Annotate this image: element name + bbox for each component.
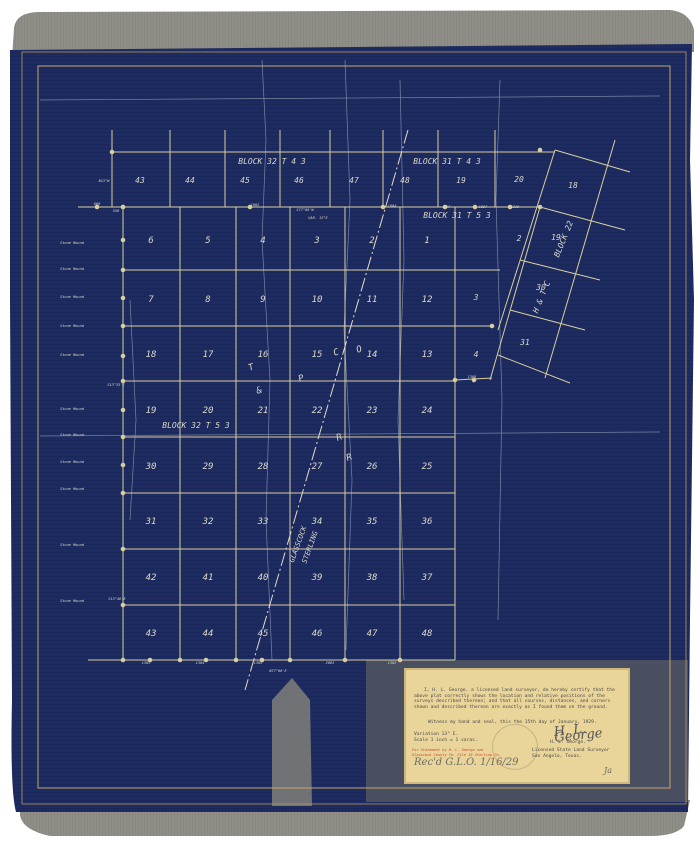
survey-annotation: Stone Mound — [60, 407, 85, 411]
surveyor-name: H. L. George. — [550, 740, 586, 746]
section-number: 26 — [367, 462, 378, 472]
certificate-body: I, H. L. George, a licensed land surveyo… — [414, 688, 620, 710]
clerk-initials: Ja — [604, 768, 612, 774]
survey-annotation: Stone Mound — [60, 295, 85, 299]
section-number: 44 — [203, 629, 214, 639]
section-number: 42 — [146, 573, 157, 583]
survey-annotation: Stone Mound — [60, 599, 85, 603]
section-number: 43 — [146, 629, 157, 639]
section-number: 41 — [203, 573, 214, 583]
section-number: 47 — [367, 629, 378, 639]
survey-annotation: 1002 — [251, 203, 260, 207]
section-number: 28 — [258, 462, 269, 472]
survey-annotation: 1388 — [468, 375, 477, 379]
section-number: 5 — [205, 236, 210, 246]
corner-marker — [538, 205, 542, 209]
section-number: 20 — [514, 175, 524, 184]
section-number: 11 — [367, 295, 378, 305]
section-number: 23 — [367, 406, 378, 416]
corner-marker — [110, 150, 114, 154]
section-number: 46 — [294, 176, 304, 185]
section-number: 4 — [260, 236, 265, 246]
section-number: 30 — [145, 462, 157, 472]
section-number: 45 — [240, 176, 250, 185]
section-number: 25 — [422, 462, 433, 472]
section-number: 16 — [258, 350, 269, 360]
corner-marker — [121, 603, 125, 607]
section-number: 21 — [258, 406, 269, 416]
section-number: 9 — [260, 295, 265, 305]
survey-annotation: 1304 — [196, 661, 205, 665]
section-number: 18 — [568, 181, 578, 190]
section-number: 33 — [257, 517, 269, 527]
section-number: 47 — [349, 176, 359, 185]
survey-annotation: Stone Mound — [60, 433, 85, 437]
corner-marker — [381, 205, 385, 209]
corner-marker — [204, 658, 208, 662]
block-label: BLOCK 31 T 5 3 — [423, 211, 491, 220]
section-number: 19 — [456, 176, 466, 185]
surveyor-city: San Angelo, Texas. — [532, 754, 582, 760]
corner-marker — [121, 354, 125, 358]
section-number: 29 — [203, 462, 214, 472]
section-number: 27 — [312, 462, 323, 472]
section-number: 3 — [313, 236, 319, 246]
corner-marker — [121, 491, 125, 495]
corner-marker — [490, 324, 494, 328]
section-number: 6 — [148, 236, 153, 246]
section-number: 15 — [312, 350, 323, 360]
scale-note: Scale 1 inch = 1 varas. — [414, 738, 478, 744]
corner-marker — [234, 658, 238, 662]
corner-marker — [398, 658, 402, 662]
corner-marker — [121, 268, 125, 272]
section-number: 7 — [148, 295, 154, 305]
survey-annotation: 880 — [94, 202, 101, 206]
survey-annotation: VAR. 13°E — [308, 216, 328, 220]
survey-annotation: S77°00'W — [296, 208, 314, 212]
variation-note: Variation 13° E. — [414, 732, 458, 738]
survey-annotation: 1305 — [254, 661, 263, 665]
section-number: 10 — [312, 295, 323, 305]
section-number: 39 — [311, 573, 323, 583]
section-number: 13 — [422, 350, 433, 360]
survey-annotation: S13°48'E — [108, 597, 126, 601]
section-number: 12 — [422, 295, 433, 305]
section-number: 36 — [421, 517, 433, 527]
section-number: 3 — [473, 293, 479, 302]
received-stamp: Rec'd G.L.O. 1/16/29 — [414, 760, 519, 766]
section-number: 18 — [146, 350, 157, 360]
survey-annotation: Stone Mound — [60, 241, 85, 245]
blueprint-sheet: 6543217891011121817161514131920212223243… — [0, 0, 700, 847]
surveyor-title: Licensed State Land Surveyor — [532, 748, 609, 754]
section-number: 31 — [145, 517, 157, 527]
corner-marker — [121, 547, 125, 551]
section-number: 22 — [312, 406, 323, 416]
corner-marker — [121, 324, 125, 328]
section-number: 17 — [203, 350, 214, 360]
corner-marker — [121, 658, 125, 662]
section-number: 4 — [474, 350, 479, 359]
survey-annotation: N13°W — [98, 179, 111, 183]
corner-marker — [343, 658, 347, 662]
tape-patch-left — [272, 678, 312, 806]
corner-marker — [288, 658, 292, 662]
section-number: 44 — [185, 176, 195, 185]
survey-annotation: 1887 — [479, 205, 488, 209]
section-number: 2 — [369, 236, 374, 246]
survey-annotation: 2863 — [326, 661, 335, 665]
section-number: 38 — [366, 573, 378, 583]
survey-annotation: Stone Mound — [60, 324, 85, 328]
section-number: 45 — [258, 629, 269, 639]
block-label: BLOCK 32 T 4 3 — [238, 157, 306, 166]
survey-annotation: 556 — [113, 209, 120, 213]
survey-annotation: 487 — [444, 205, 451, 209]
survey-annotation: Stone Mound — [60, 487, 85, 491]
survey-annotation: N77°00'E — [268, 669, 287, 673]
red-ink-note: For Statement by H. L. George see Glassc… — [412, 748, 502, 757]
survey-annotation: Stone Mound — [60, 460, 85, 464]
section-number: 48 — [422, 629, 433, 639]
survey-annotation: 1218 — [511, 205, 520, 209]
section-number: 1 — [424, 236, 429, 246]
corner-marker — [178, 658, 182, 662]
section-number: 37 — [421, 573, 433, 583]
survey-annotation: Stone Mound — [60, 543, 85, 547]
corner-marker — [121, 238, 125, 242]
block-label: BLOCK 32 T 5 3 — [162, 421, 230, 430]
section-number: 31 — [519, 338, 530, 347]
corner-marker — [121, 435, 125, 439]
section-number: 20 — [203, 406, 214, 416]
section-number: 32 — [202, 517, 214, 527]
section-number: 14 — [367, 350, 378, 360]
corner-marker — [473, 205, 477, 209]
survey-annotation: 1303 — [142, 661, 151, 665]
section-number: 35 — [366, 517, 378, 527]
section-number: 46 — [312, 629, 323, 639]
section-number: 40 — [258, 573, 269, 583]
corner-marker — [121, 296, 125, 300]
corner-marker — [453, 378, 457, 382]
survey-annotation: 1302 — [388, 661, 397, 665]
corner-marker — [121, 408, 125, 412]
corner-marker — [121, 463, 125, 467]
section-number: 8 — [205, 295, 210, 305]
section-number: 19 — [146, 406, 157, 416]
section-number: 34 — [311, 517, 323, 527]
section-number: 24 — [422, 406, 433, 416]
survey-annotation: 1804 — [388, 204, 397, 208]
section-number: 48 — [400, 176, 410, 185]
survey-annotation: Stone Mound — [60, 267, 85, 271]
survey-annotation: Stone Mound — [60, 353, 85, 357]
survey-annotation: S13°33'E — [107, 383, 125, 387]
corner-marker — [538, 148, 542, 152]
surveyor-signature: H. L. George — [554, 722, 631, 741]
section-number: 43 — [135, 176, 145, 185]
section-number: 2 — [517, 234, 522, 243]
surveyor-certificate: I, H. L. George, a licensed land surveyo… — [404, 668, 630, 784]
corner-marker — [121, 205, 125, 209]
block-label: BLOCK 31 T 4 3 — [413, 157, 481, 166]
